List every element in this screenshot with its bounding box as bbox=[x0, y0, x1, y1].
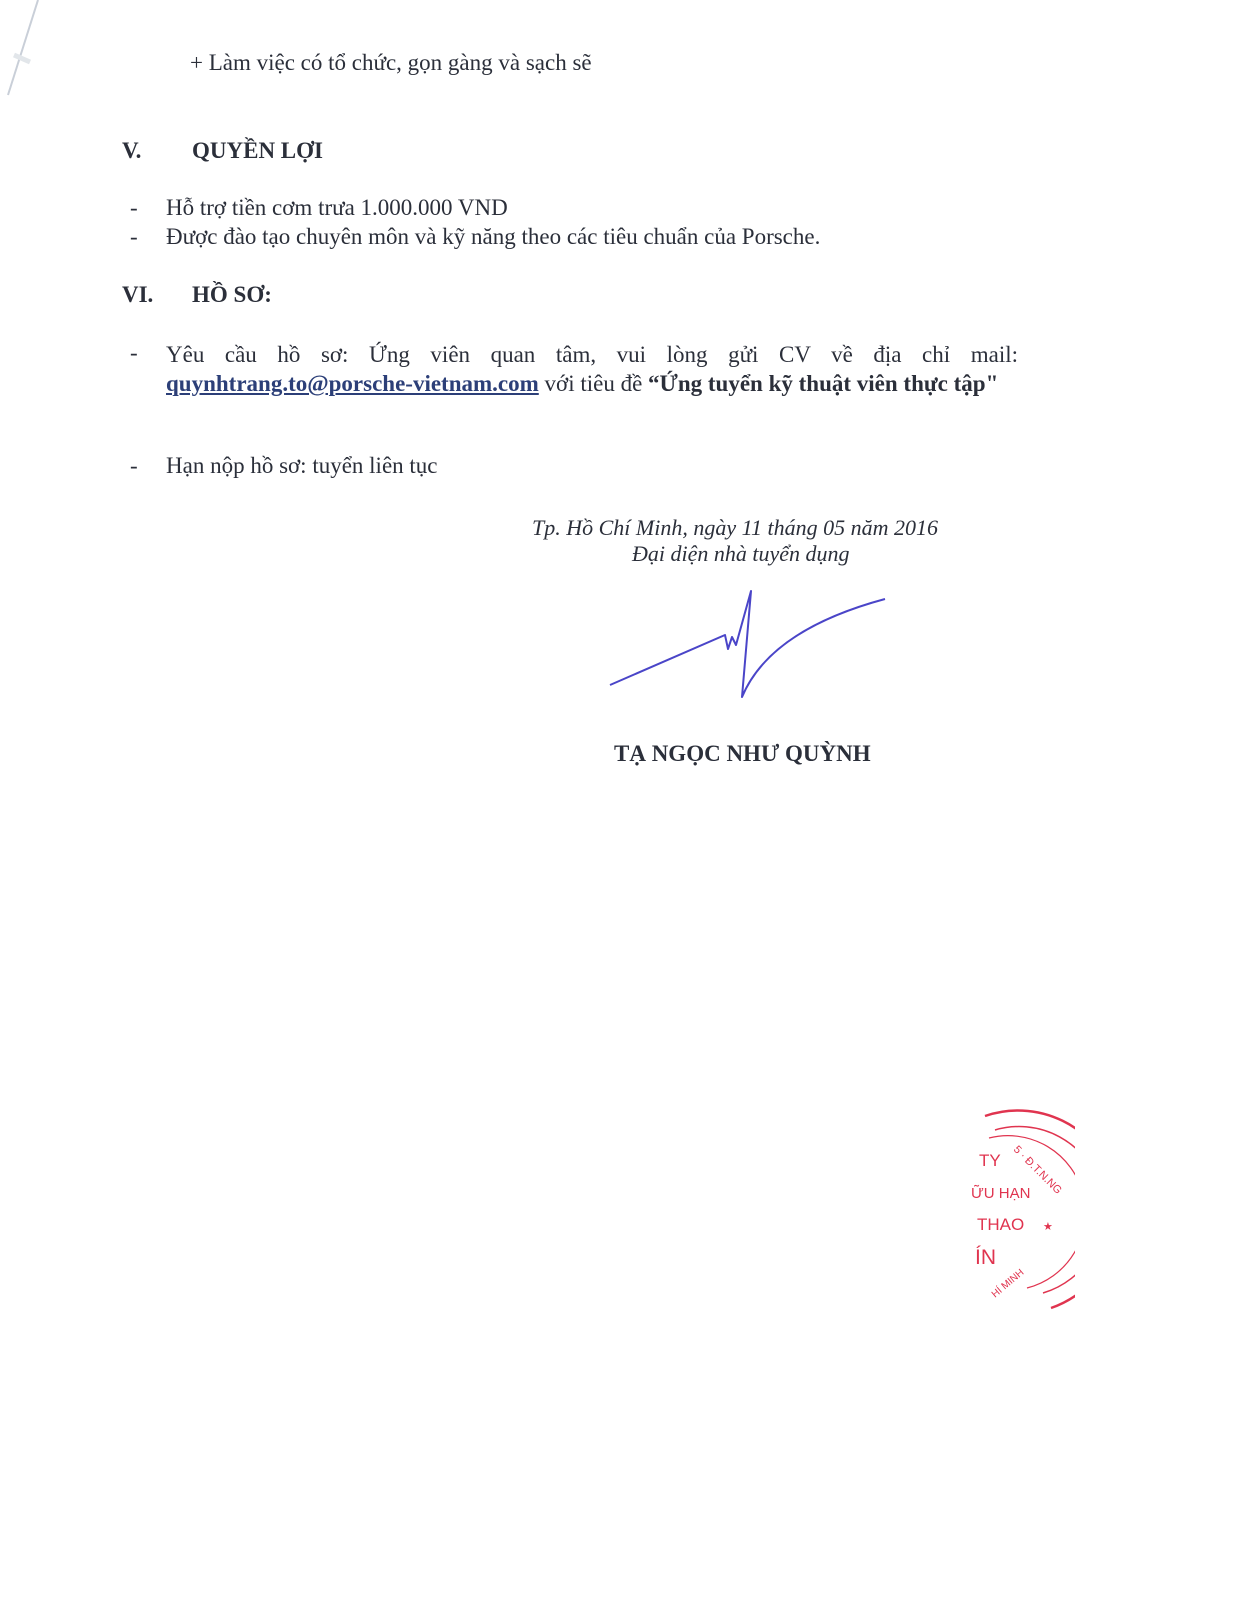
requirement-text: Yêu cầu hồ sơ: Ứng viên quan tâm, vui lò… bbox=[166, 342, 1018, 367]
email-subject: “Ứng tuyển kỹ thuật viên thực tập" bbox=[648, 371, 998, 396]
company-stamp: TY ỮU HẠN THAO ÍN ★ 5 · Đ.T.N.NG HÍ MINH bbox=[955, 1108, 1075, 1323]
svg-text:THAO: THAO bbox=[977, 1215, 1024, 1234]
svg-text:ÍN: ÍN bbox=[975, 1246, 996, 1269]
benefit-item: Hỗ trợ tiền cơm trưa 1.000.000 VND bbox=[166, 195, 508, 221]
section-number-v: V. bbox=[122, 138, 141, 164]
list-dash: - bbox=[130, 224, 138, 250]
svg-text:TY: TY bbox=[979, 1151, 1001, 1170]
list-dash: - bbox=[130, 195, 138, 221]
svg-text:ỮU HẠN: ỮU HẠN bbox=[971, 1185, 1030, 1202]
stamp-seal-icon: TY ỮU HẠN THAO ÍN ★ 5 · Đ.T.N.NG HÍ MINH bbox=[955, 1108, 1075, 1318]
place-date: Tp. Hồ Chí Minh, ngày 11 tháng 05 năm 20… bbox=[532, 515, 938, 541]
signer-name: TẠ NGỌC NHƯ QUỲNH bbox=[614, 741, 871, 767]
email-link[interactable]: quynhtrang.to@porsche-vietnam.com bbox=[166, 371, 539, 396]
section-number-vi: VI. bbox=[122, 282, 153, 308]
svg-text:★: ★ bbox=[1043, 1221, 1053, 1233]
continued-list-item: + Làm việc có tổ chức, gọn gàng và sạch … bbox=[190, 50, 592, 76]
subject-lead: với tiêu đề bbox=[539, 371, 648, 396]
scan-edge-mark bbox=[0, 0, 60, 110]
section-title-application: HỒ SƠ: bbox=[192, 282, 272, 308]
section-title-benefits: QUYỀN LỢI bbox=[192, 138, 323, 164]
signer-role: Đại diện nhà tuyển dụng bbox=[632, 541, 850, 567]
signature-icon bbox=[600, 585, 900, 710]
deadline-item: Hạn nộp hồ sơ: tuyển liên tục bbox=[166, 453, 438, 479]
benefit-item: Được đào tạo chuyên môn và kỹ năng theo … bbox=[166, 224, 820, 250]
application-requirement: Yêu cầu hồ sơ: Ứng viên quan tâm, vui lò… bbox=[166, 340, 1018, 398]
list-dash: - bbox=[130, 453, 138, 479]
list-dash: - bbox=[130, 340, 138, 366]
svg-text:HÍ MINH: HÍ MINH bbox=[989, 1266, 1027, 1301]
